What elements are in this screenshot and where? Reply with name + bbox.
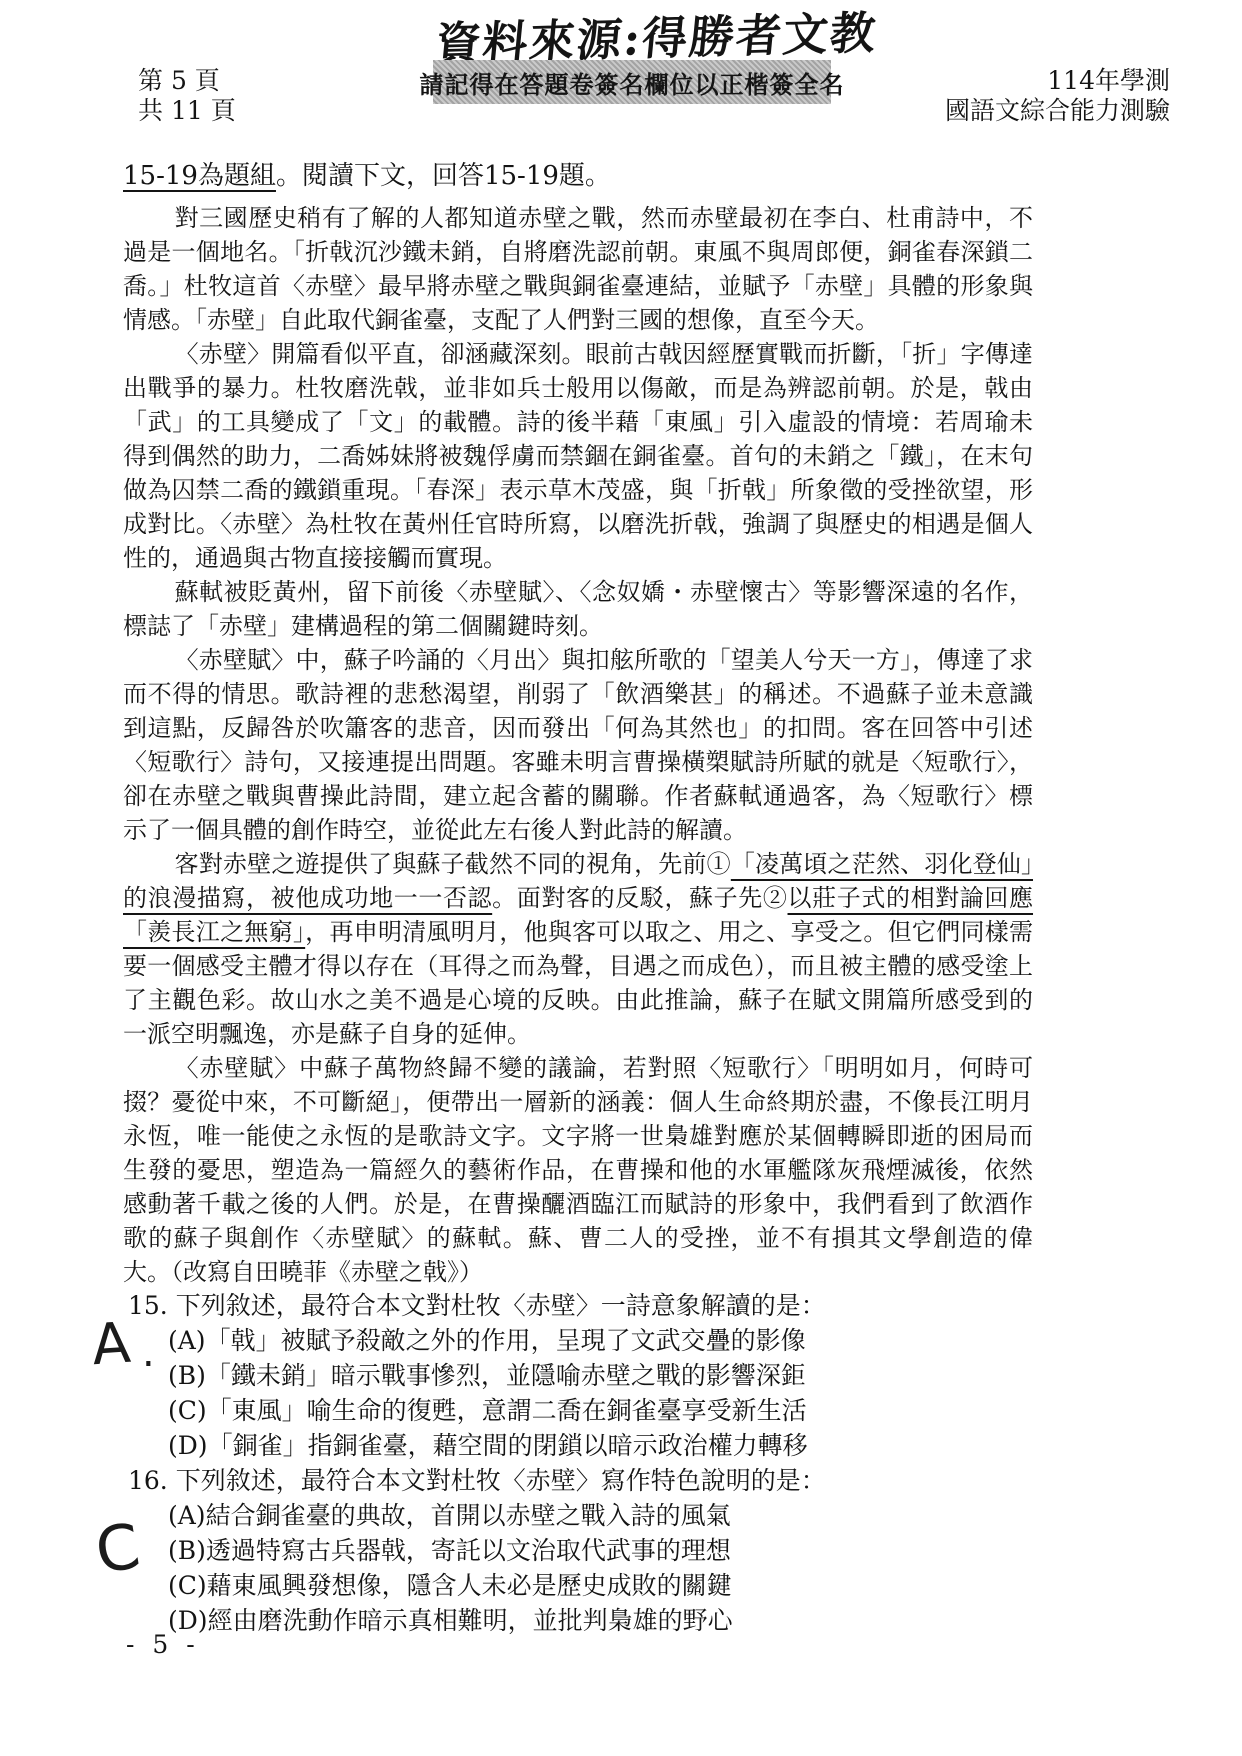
passage-text-segment: 〈赤壁賦〉中蘇子萬物終歸不變的議論，若對照〈短歌行〉「明明如月，何時可掇？憂從中…: [123, 1054, 1033, 1286]
question-15-stem: 15.下列敘述，最符合本文對杜牧〈赤壁〉一詩意象解讀的是：: [128, 1288, 1040, 1323]
passage-paragraph-2: 〈赤壁〉開篇看似平直，卻涵藏深刻。眼前古戟因經歷實戰而折斷，「折」字傳達出戰爭的…: [123, 337, 1033, 575]
option-label: (B): [168, 1536, 206, 1565]
passage-paragraph-5: 客對赤壁之遊提供了與蘇子截然不同的視角，先前①「凌萬頃之茫然、羽化登仙」的浪漫描…: [123, 847, 1033, 1051]
option-label: (C): [168, 1571, 207, 1600]
question-15-number: 15.: [128, 1291, 168, 1320]
page-footer-number: - 5 -: [126, 1630, 200, 1659]
option-label: (C): [168, 1396, 207, 1425]
option-label: (A): [168, 1501, 206, 1530]
question-15-option-d: (D)「銅雀」指銅雀臺，藉空間的閉鎖以暗示政治權力轉移: [128, 1428, 1040, 1463]
option-text: 「銅雀」指銅雀臺，藉空間的閉鎖以暗示政治權力轉移: [208, 1431, 808, 1460]
reading-passage: 15-19為題組。閱讀下文，回答15-19題。 對三國歷史稍有了解的人都知道赤壁…: [123, 160, 1033, 1289]
option-text: 藉東風興發想像，隱含人未必是歷史成敗的關鍵: [207, 1571, 732, 1600]
signature-notice-banner: 請記得在答題卷簽名欄位以正楷簽全名: [433, 60, 831, 104]
question-15-stem-text: 下列敘述，最符合本文對杜牧〈赤壁〉一詩意象解讀的是：: [176, 1291, 826, 1320]
passage-text-segment: 蘇軾被貶黃州，留下前後〈赤壁賦〉、〈念奴嬌・赤壁懷古〉等影響深遠的名作，標誌了「…: [123, 578, 1033, 640]
questions-section: 15.下列敘述，最符合本文對杜牧〈赤壁〉一詩意象解讀的是： (A)「戟」被賦予殺…: [128, 1288, 1040, 1638]
passage-text-segment: 對三國歷史稍有了解的人都知道赤壁之戰，然而赤壁最初在李白、杜甫詩中，不過是一個地…: [123, 204, 1033, 334]
passage-paragraph-6: 〈赤壁賦〉中蘇子萬物終歸不變的議論，若對照〈短歌行〉「明明如月，何時可掇？憂從中…: [123, 1051, 1033, 1289]
exam-year-label: 114年學測: [945, 66, 1170, 96]
exam-info: 114年學測 國語文綜合能力測驗: [945, 66, 1170, 126]
option-text: 透過特寫古兵器戟，寄託以文治取代武事的理想: [206, 1536, 731, 1565]
question-group-title: 15-19為題組: [123, 161, 276, 191]
option-text: 「鐵未銷」暗示戰事慘烈，並隱喻赤壁之戰的影響深鉅: [206, 1361, 806, 1390]
passage-paragraph-4: 〈赤壁賦〉中，蘇子吟誦的〈月出〉與扣舷所歌的「望美人兮天一方」，傳達了求而不得的…: [123, 643, 1033, 847]
question-16-option-b: (B)透過特寫古兵器戟，寄託以文治取代武事的理想: [128, 1533, 1040, 1568]
passage-paragraph-1: 對三國歷史稍有了解的人都知道赤壁之戰，然而赤壁最初在李白、杜甫詩中，不過是一個地…: [123, 201, 1033, 337]
page-number-label: 第 5 頁: [138, 66, 236, 96]
question-16-option-c: (C)藉東風興發想像，隱含人未必是歷史成敗的關鍵: [128, 1568, 1040, 1603]
question-15-option-a: (A)「戟」被賦予殺敵之外的作用，呈現了文武交疊的影像: [128, 1323, 1040, 1358]
option-label: (B): [168, 1361, 206, 1390]
exam-name-label: 國語文綜合能力測驗: [945, 96, 1170, 126]
question-15-option-c: (C)「東風」喻生命的復甦，意謂二喬在銅雀臺享受新生活: [128, 1393, 1040, 1428]
passage-text-segment: 〈赤壁〉開篇看似平直，卻涵藏深刻。眼前古戟因經歷實戰而折斷，「折」字傳達出戰爭的…: [123, 340, 1033, 572]
exam-page: 資料來源:得勝者文教 第 5 頁 共 11 頁 請記得在答題卷簽名欄位以正楷簽全…: [0, 0, 1242, 1756]
passage-text-segment: 。面對客的反駁，蘇子先②: [492, 884, 787, 912]
option-text: 結合銅雀臺的典故，首開以赤壁之戰入詩的風氣: [206, 1501, 731, 1530]
question-15: 15.下列敘述，最符合本文對杜牧〈赤壁〉一詩意象解讀的是： (A)「戟」被賦予殺…: [128, 1288, 1040, 1463]
question-16-stem-text: 下列敘述，最符合本文對杜牧〈赤壁〉寫作特色說明的是：: [176, 1466, 826, 1495]
page-total-label: 共 11 頁: [138, 96, 236, 126]
question-group-instruction: 。閱讀下文，回答15-19題。: [276, 161, 611, 191]
option-text: 經由磨洗動作暗示真相難明，並批判梟雄的野心: [208, 1606, 733, 1635]
question-16-number: 16.: [128, 1466, 168, 1495]
question-16-option-a: (A)結合銅雀臺的典故，首開以赤壁之戰入詩的風氣: [128, 1498, 1040, 1533]
question-16: 16.下列敘述，最符合本文對杜牧〈赤壁〉寫作特色說明的是： (A)結合銅雀臺的典…: [128, 1463, 1040, 1638]
option-text: 「東風」喻生命的復甦，意謂二喬在銅雀臺享受新生活: [207, 1396, 807, 1425]
handwritten-dot: .: [142, 1330, 155, 1376]
option-label: (A): [168, 1326, 206, 1355]
question-group-header: 15-19為題組。閱讀下文，回答15-19題。: [123, 160, 1033, 192]
passage-paragraph-3: 蘇軾被貶黃州，留下前後〈赤壁賦〉、〈念奴嬌・赤壁懷古〉等影響深遠的名作，標誌了「…: [123, 575, 1033, 643]
option-text: 「戟」被賦予殺敵之外的作用，呈現了文武交疊的影像: [206, 1326, 806, 1355]
passage-text-segment: 客對赤壁之遊提供了與蘇子截然不同的視角，先前①: [175, 850, 731, 878]
page-info: 第 5 頁 共 11 頁: [138, 66, 236, 126]
question-15-option-b: (B)「鐵未銷」暗示戰事慘烈，並隱喻赤壁之戰的影響深鉅: [128, 1358, 1040, 1393]
question-16-option-d: (D)經由磨洗動作暗示真相難明，並批判梟雄的野心: [128, 1603, 1040, 1638]
question-16-stem: 16.下列敘述，最符合本文對杜牧〈赤壁〉寫作特色說明的是：: [128, 1463, 1040, 1498]
passage-text-segment: 〈赤壁賦〉中，蘇子吟誦的〈月出〉與扣舷所歌的「望美人兮天一方」，傳達了求而不得的…: [123, 646, 1033, 844]
option-label: (D): [168, 1431, 208, 1460]
handwritten-answer-15: A: [90, 1311, 133, 1379]
